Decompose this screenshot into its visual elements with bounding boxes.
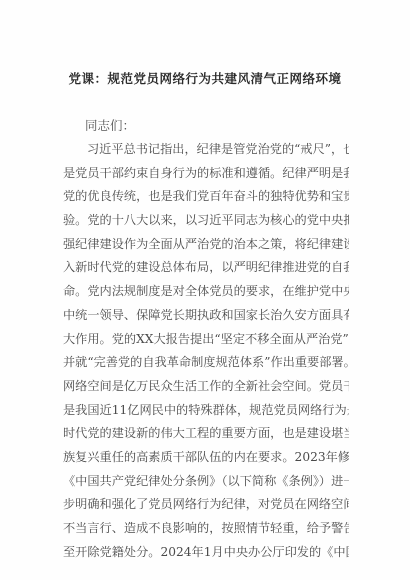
- body-line: 验。党的十八大以来，以习近平同志为核心的党中央把加: [63, 209, 349, 233]
- body-line: 入新时代党的建设总体布局，以严明纪律推进党的自我革: [63, 256, 349, 280]
- body-line: 时代党的建设新的伟大工程的重要方面，也是建设堪当民: [63, 422, 349, 446]
- document-body: 习近平总书记指出，纪律是管党治党的“戒尺”，也 是党员干部约束自身行为的标准和遵…: [63, 138, 349, 564]
- body-line: 《中国共产党纪律处分条例》（以下简称《条例》）进一: [63, 470, 349, 494]
- salutation: 同志们：: [85, 116, 135, 134]
- document-title: 党课：规范党员网络行为共建风清气正网络环境: [0, 69, 410, 87]
- body-line: 大作用。党的XX大报告提出“坚定不移全面从严治党”，: [63, 328, 349, 352]
- document-page: 党课：规范党员网络行为共建风清气正网络环境 同志们： 习近平总书记指出，纪律是管…: [0, 0, 410, 580]
- body-line: 命。党内法规制度是对全体党员的要求，在维护党中央集: [63, 280, 349, 304]
- body-line: 是党员干部约束自身行为的标准和遵循。纪律严明是我们: [63, 162, 349, 186]
- body-line: 是我国近11亿网民中的特殊群体，规范党员网络行为是新: [63, 399, 349, 423]
- body-line: 网络空间是亿万民众生活工作的全新社会空间。党员干部: [63, 375, 349, 399]
- body-line: 中统一领导、保障党长期执政和国家长治久安方面具有重: [63, 304, 349, 328]
- body-line: 强纪律建设作为全面从严治党的治本之策，将纪律建设纳: [63, 233, 349, 257]
- body-line: 步明确和强化了党员网络行为纪律，对党员在网络空间有: [63, 493, 349, 517]
- body-line: 党的优良传统，也是我们党百年奋斗的独特优势和宝贵经: [63, 185, 349, 209]
- body-line: 并就“完善党的自我革命制度规范体系”作出重要部署。: [63, 351, 349, 375]
- body-line: 不当言行、造成不良影响的，按照情节轻重，给予警告直: [63, 517, 349, 541]
- body-line: 习近平总书记指出，纪律是管党治党的“戒尺”，也: [63, 138, 349, 162]
- body-line: 至开除党籍处分。2024年1月中央办公厅印发的《中国共: [63, 541, 349, 565]
- body-line: 族复兴重任的高素质干部队伍的内在要求。2023年修订的: [63, 446, 349, 470]
